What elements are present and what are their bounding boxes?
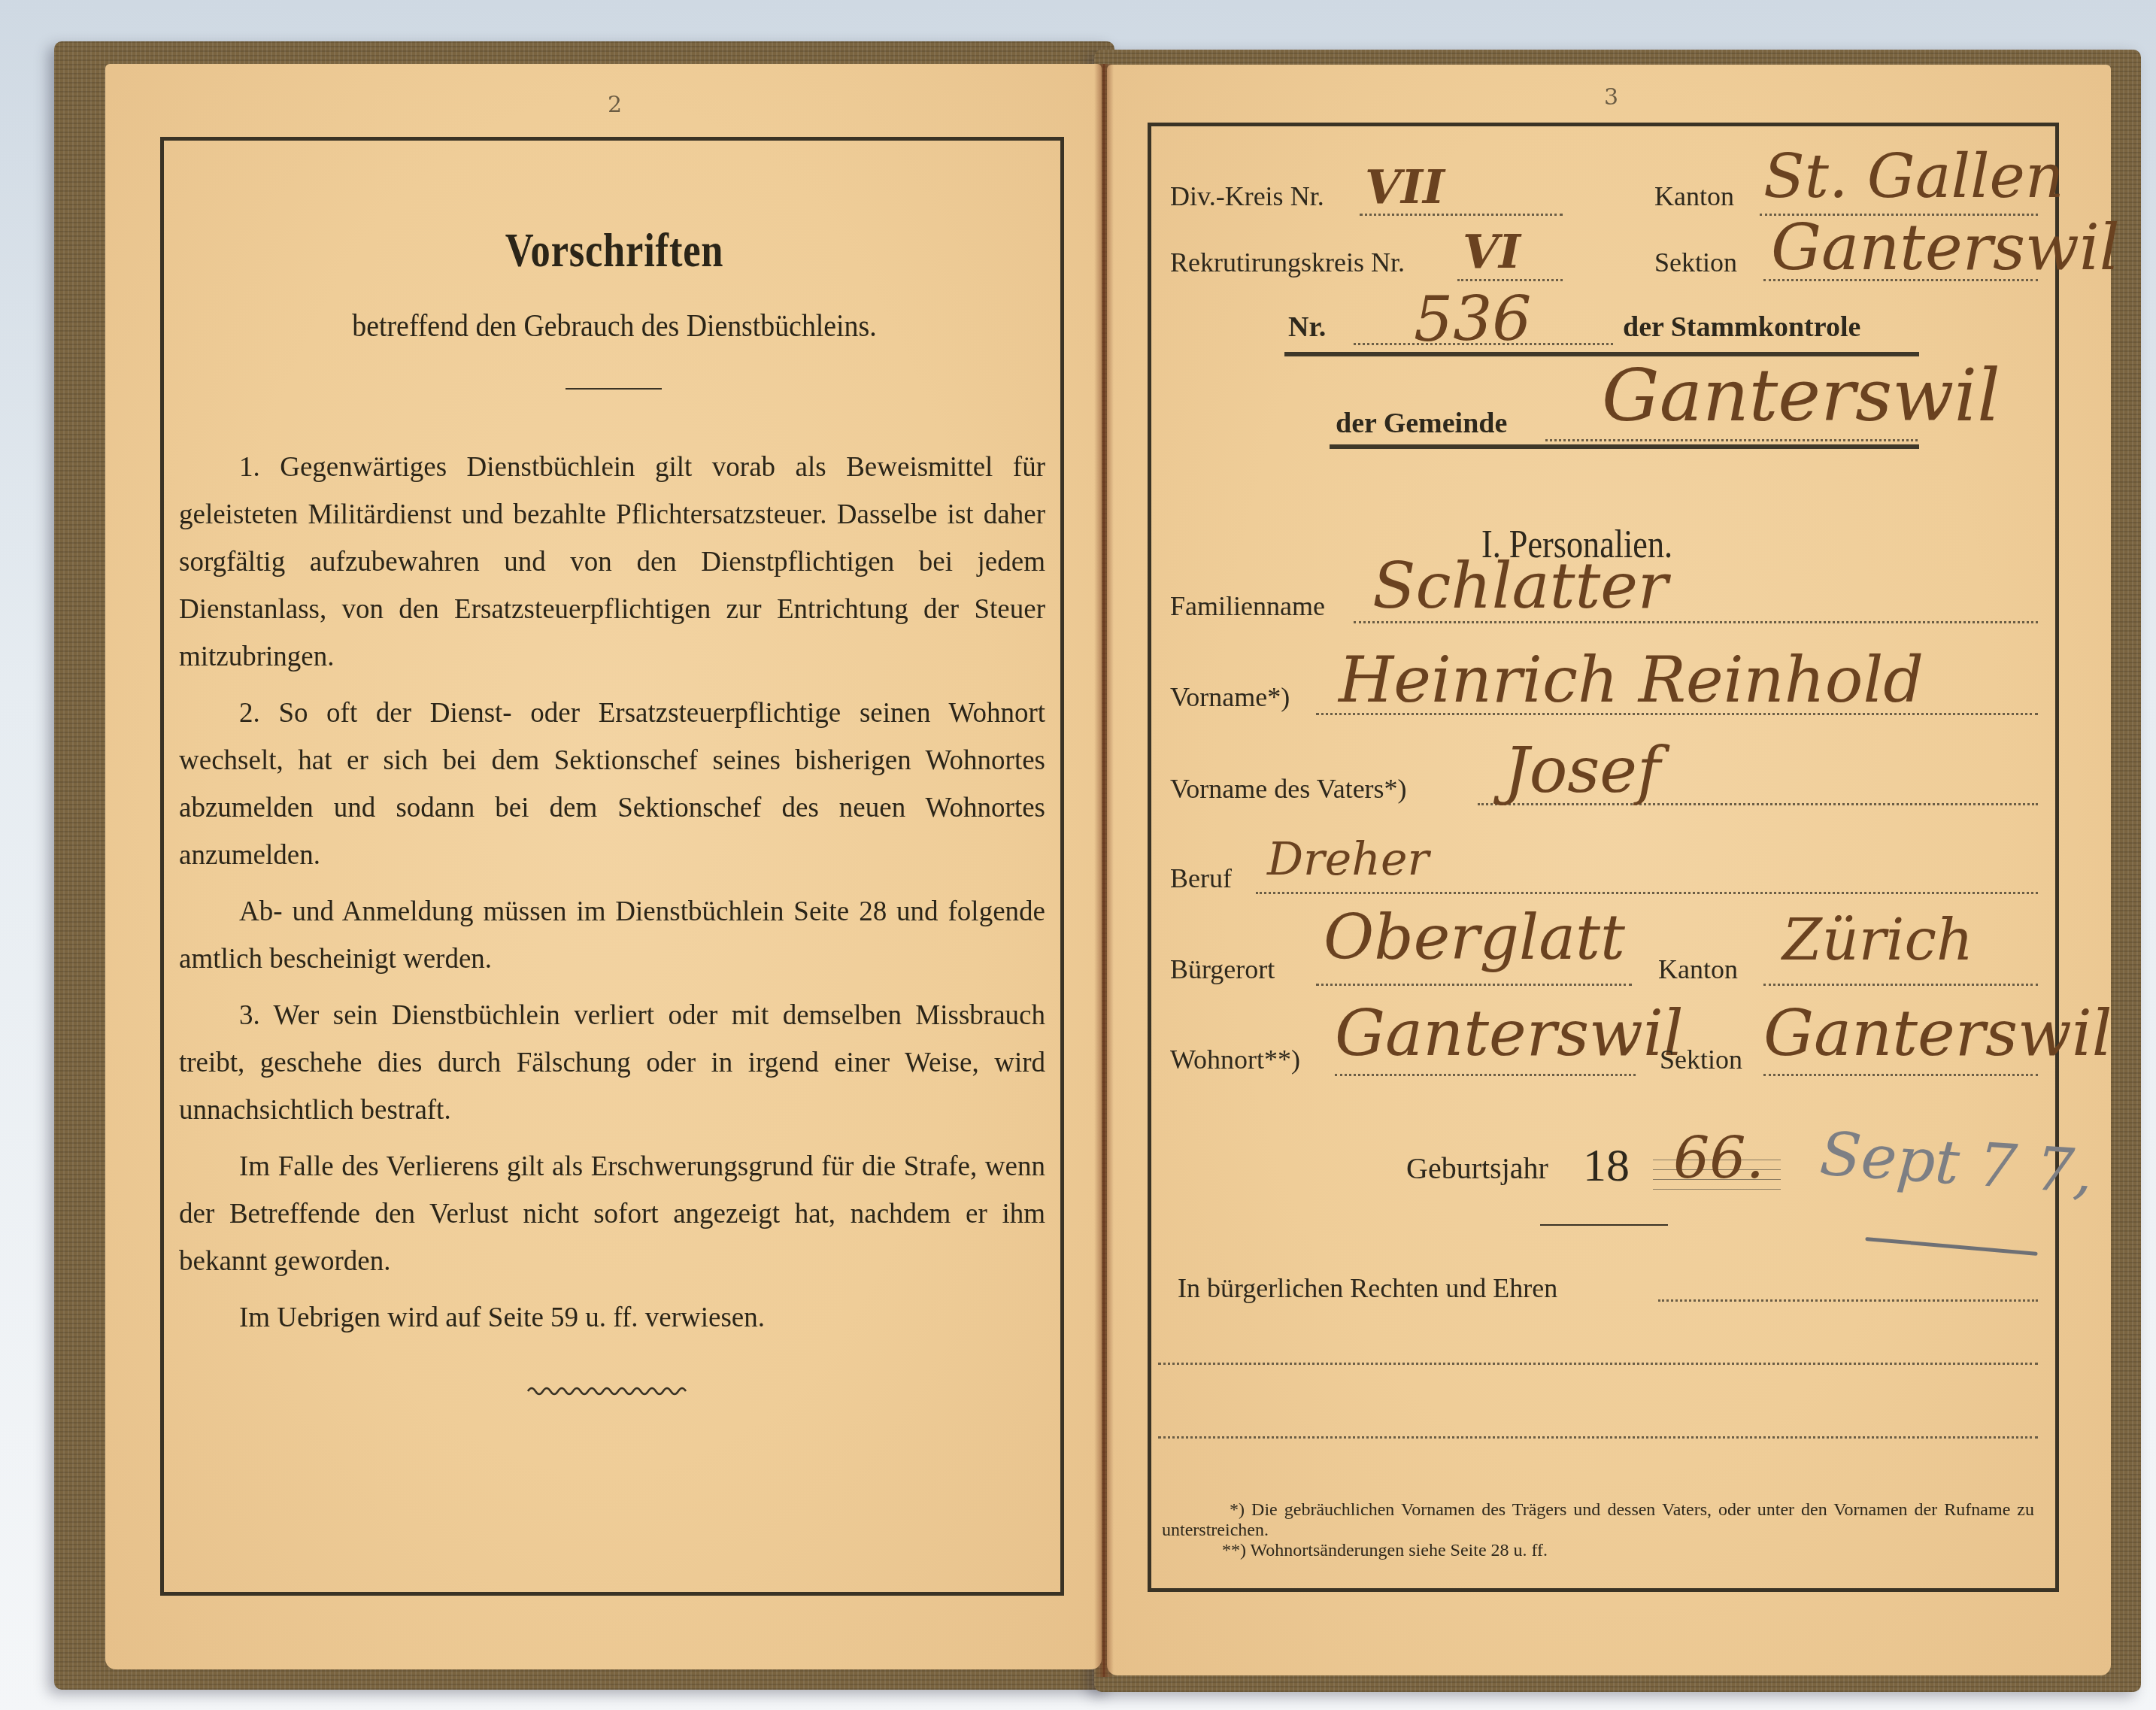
page-title: Vorschriften	[368, 223, 861, 278]
sektion-label: Sektion	[1660, 1044, 1742, 1075]
beruf-value[interactable]: Dreher	[1267, 833, 1429, 886]
wohnort-line	[1335, 1074, 1636, 1076]
geburtsjahr-value[interactable]: 66.	[1673, 1124, 1764, 1191]
regulations-text: 1. Gegenwärtiges Dienstbüchlein gilt vor…	[179, 444, 1045, 1351]
book-spine	[1094, 64, 1114, 1677]
kanton-top-label: Kanton	[1654, 180, 1734, 212]
vorname-value[interactable]: Heinrich Reinhold	[1339, 643, 1924, 717]
regulation-paragraph-1: 1. Gegenwärtiges Dienstbüchlein gilt vor…	[179, 444, 1045, 681]
gemeinde-line	[1545, 439, 1918, 441]
gemeinde-label: der Gemeinde	[1336, 407, 1507, 440]
regulation-paragraph-3: 3. Wer sein Dienstbüchlein verliert oder…	[179, 992, 1045, 1134]
title-divider	[566, 388, 662, 390]
geburtsjahr-label: Geburtsjahr	[1406, 1151, 1548, 1186]
regulation-paragraph-2: 2. So oft der Dienst- oder Ersatzsteuerp…	[179, 690, 1045, 879]
stammkontrole-nr-label: Nr.	[1288, 311, 1326, 344]
wohnort-value[interactable]: Ganterswil	[1335, 996, 1684, 1070]
footnotes: *) Die gebräuchlichen Vornamen des Träge…	[1162, 1500, 2034, 1561]
familienname-value[interactable]: Schlatter	[1372, 549, 1668, 623]
page-subtitle: betreffend den Gebrauch des Dienstbüchle…	[242, 308, 987, 344]
rechte-ehren-label: In bürgerlichen Rechten und Ehren	[1178, 1272, 1557, 1304]
sektion-value[interactable]: Ganterswil	[1763, 996, 2112, 1070]
rekrutierungskreis-value[interactable]: VI	[1463, 224, 1521, 279]
geburtsjahr-prefix: 18	[1583, 1139, 1630, 1193]
kanton-line	[1763, 984, 2038, 986]
div-kreis-value[interactable]: VII	[1365, 159, 1445, 214]
footnote-1: *) Die gebräuchlichen Vornamen des Träge…	[1162, 1500, 2034, 1541]
kanton-top-value[interactable]: St. Gallen	[1763, 141, 2064, 211]
rechte-ehren-line-3	[1158, 1436, 2038, 1439]
regulation-paragraph-3b: Im Falle des Verlierens gilt als Erschwe…	[179, 1143, 1045, 1285]
div-kreis-label: Div.-Kreis Nr.	[1170, 180, 1324, 212]
footnote-2: **) Wohnortsänderungen siehe Seite 28 u.…	[1162, 1541, 2034, 1561]
buergerort-line	[1316, 984, 1632, 986]
page-number-right: 3	[1604, 84, 1618, 111]
sektion-line	[1763, 1074, 2038, 1076]
rechte-ehren-line-2	[1158, 1363, 2038, 1365]
beruf-line	[1256, 892, 2038, 894]
page-number-left: 2	[608, 92, 622, 118]
gemeinde-rule	[1330, 444, 1919, 449]
beruf-label: Beruf	[1170, 863, 1232, 894]
vorname-label: Vorname*)	[1170, 681, 1290, 713]
stammkontrole-nr-value[interactable]: 536	[1414, 284, 1532, 356]
stammkontrole-label: der Stammkontrole	[1623, 311, 1860, 344]
kanton-label: Kanton	[1658, 954, 1738, 985]
rekrutierungskreis-label: Rekrutirungskreis Nr.	[1170, 247, 1405, 278]
regulation-paragraph-3c: Im Uebrigen wird auf Seite 59 u. ff. ver…	[179, 1294, 1045, 1342]
rechte-ehren-line	[1658, 1299, 2038, 1302]
regulation-paragraph-2b: Ab- und Anmeldung müssen im Dienstbüchle…	[179, 888, 1045, 983]
sektion-top-value[interactable]: Ganterswil	[1771, 211, 2120, 284]
gemeinde-value[interactable]: Ganterswil	[1602, 353, 2000, 438]
buergerort-value[interactable]: Oberglatt	[1324, 902, 1625, 974]
wohnort-label: Wohnort**)	[1170, 1044, 1300, 1075]
kanton-value[interactable]: Zürich	[1782, 906, 1973, 973]
familienname-label: Familienname	[1170, 590, 1325, 622]
vorname-vater-label: Vorname des Vaters*)	[1170, 773, 1407, 805]
sektion-top-label: Sektion	[1654, 247, 1737, 278]
rekrutierungskreis-line	[1457, 279, 1563, 281]
wavy-divider-ornament	[526, 1384, 692, 1399]
buergerort-label: Bürgerort	[1170, 954, 1275, 985]
geburtsjahr-divider	[1540, 1224, 1668, 1226]
vorname-vater-value[interactable]: Josef	[1504, 733, 1660, 807]
